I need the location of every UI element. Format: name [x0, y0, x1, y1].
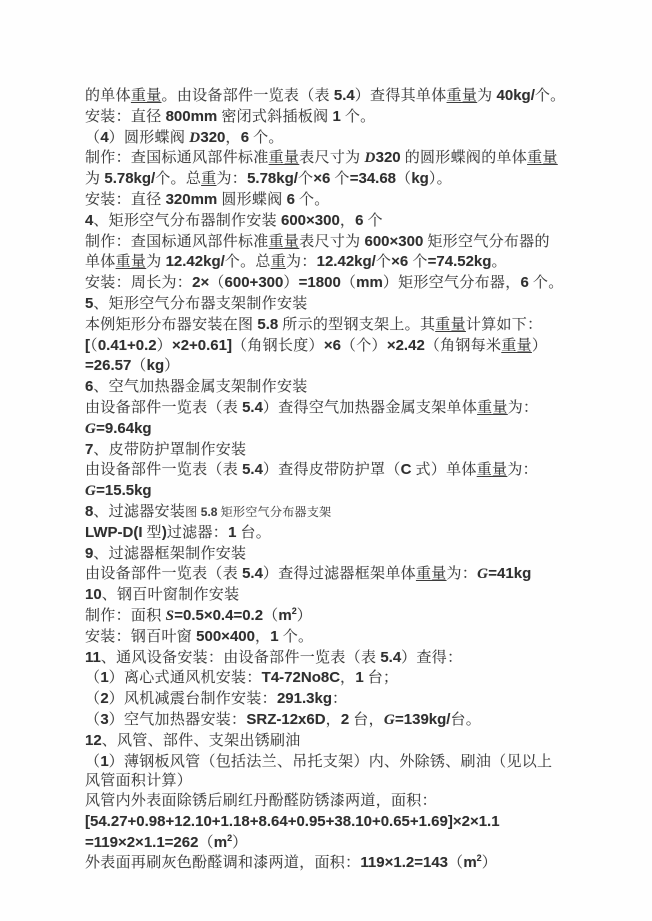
text-segment: 。 — [491, 254, 506, 270]
numeric-text: 5.4 — [242, 565, 263, 582]
numeric-text: 500×400 — [196, 628, 255, 645]
numeric-text: =41kg — [488, 565, 531, 582]
figure-caption-text: 图 — [185, 505, 201, 519]
numeric-text: 1 — [332, 108, 340, 125]
text-segment: 表尺寸为 — [299, 150, 364, 166]
text-segment: （ — [85, 691, 100, 707]
text-segment: 制作：查国标通风部件标准 — [85, 234, 269, 250]
text-segment: 安装：钢百叶窗 — [85, 629, 196, 645]
variable-symbol: G — [85, 421, 96, 437]
document-page: 的单体重量。由设备部件一览表（表 5.4）查得其单体重量为 40kg/个。安装：… — [0, 0, 652, 921]
text-segment: （ — [85, 130, 100, 146]
underlined-term: 重量 — [269, 150, 300, 166]
numeric-text: 4 — [100, 129, 108, 146]
text-segment: 个 — [363, 213, 382, 229]
paragraph-line: 为 5.78kg/个。总重为：5.78kg/个×6 个=34.68（kg）。 — [85, 169, 582, 190]
text-segment: ， — [340, 213, 355, 229]
text-segment: 由设备部件一览表（表 — [85, 462, 242, 478]
numeric-text: 5.4 — [242, 399, 263, 416]
text-segment: 安装：直径 — [85, 109, 166, 125]
text-segment: 为： — [507, 462, 538, 478]
text-segment: 为： — [508, 400, 539, 416]
text-segment: （ — [131, 358, 146, 374]
variable-symbol: D — [364, 150, 375, 166]
numeric-text: m — [278, 607, 291, 624]
paragraph-line: 单体重量为 12.42kg/个。总重为：12.42kg/个×6 个=74.52k… — [85, 252, 582, 273]
text-segment: ）。 — [429, 171, 452, 187]
text-segment: 为 — [477, 88, 496, 104]
paragraph-line: 安装：直径 320mm 圆形蝶阀 6 个。 — [85, 190, 582, 211]
text-segment: 表尺寸为 — [299, 234, 364, 250]
text-segment: ： — [332, 691, 347, 707]
text-segment: 制作：查国标通风部件标准 — [85, 150, 269, 166]
paragraph-line: 安装：直径 800mm 密闭式斜插板阀 1 个。 — [85, 107, 582, 128]
text-segment: ） — [283, 275, 298, 291]
text-segment: 、风管、部件、支架出锈刷油 — [102, 733, 301, 749]
text-segment: ）查得其单体 — [355, 88, 447, 104]
paragraph-line: 制作：面积 S=0.5×0.4=0.2（m2） — [85, 606, 582, 627]
numeric-text: 600+300 — [225, 274, 284, 291]
numeric-text: 11 — [85, 649, 101, 666]
text-segment: 台。 — [450, 712, 481, 728]
text-segment: 个 — [330, 171, 349, 187]
variable-symbol: D — [189, 130, 200, 146]
numeric-text: =15.5kg — [96, 482, 151, 499]
paragraph-line: 5、矩形空气分布器支架制作安装 — [85, 294, 582, 315]
text-segment: 个。 — [341, 109, 376, 125]
numeric-text: ×2.42 — [387, 337, 425, 354]
numeric-text: ×6 — [313, 170, 330, 187]
paragraph-line: 风管内外表面除锈后刷红丹酚醛防锈漆两道，面积： — [85, 792, 582, 812]
text-segment: 的圆形蝶阀的单体 — [401, 150, 527, 166]
numeric-text: mm — [356, 274, 383, 291]
text-segment: （ — [263, 608, 278, 624]
numeric-text: =74.52kg — [428, 253, 492, 270]
text-segment: （ — [85, 712, 100, 728]
paragraph-line: =119×2×1.1=262（m2） — [85, 833, 582, 854]
text-segment: （个） — [341, 338, 387, 354]
text-segment: ， — [255, 629, 270, 645]
text-segment: 、过滤器框架制作安装 — [93, 546, 246, 562]
text-segment: ） — [164, 358, 179, 374]
numeric-text: 600×300 — [364, 233, 423, 250]
numeric-text: 3 — [100, 711, 108, 728]
paragraph-line: 本例矩形分布器安装在图 5.8 所示的型钢支架上。其重量计算如下： — [85, 315, 582, 336]
numeric-text: 1 — [100, 669, 108, 686]
text-segment: 台， — [349, 712, 384, 728]
numeric-text: 12.42kg/ — [166, 253, 225, 270]
paragraph-line: 外表面再刷灰色酚醛调和漆两道，面积：119×1.2=143（m2） — [85, 853, 582, 874]
numeric-text: SRZ-12x6D — [246, 711, 325, 728]
text-segment: ）圆形蝶阀 — [109, 130, 190, 146]
underlined-term: 重量 — [447, 88, 478, 104]
paragraph-line: G=15.5kg — [85, 481, 582, 502]
paragraph-line: 的单体重量。由设备部件一览表（表 5.4）查得其单体重量为 40kg/个。 — [85, 86, 582, 107]
paragraph-line: 12、风管、部件、支架出锈刷油 — [85, 731, 582, 752]
paragraph-line: （2）风机减震台制作安装：291.3kg： — [85, 689, 582, 710]
text-segment: 为： — [286, 254, 317, 270]
text-segment: ）离心式通风机安装： — [109, 670, 262, 686]
text-segment: 矩形空气分布器的 — [423, 234, 549, 250]
text-segment: ） — [297, 608, 312, 624]
document-body: 的单体重量。由设备部件一览表（表 5.4）查得其单体重量为 40kg/个。安装：… — [85, 86, 582, 874]
numeric-text: LWP-D(I — [85, 524, 143, 541]
text-segment: 个。 — [279, 629, 314, 645]
paragraph-line: 制作：查国标通风部件标准重量表尺寸为 D320 的圆形蝶阀的单体重量 — [85, 148, 582, 169]
numeric-text: 1 — [270, 628, 278, 645]
text-segment: 的单体 — [85, 88, 131, 104]
numeric-text: ×2+0.61] — [172, 337, 232, 354]
figure-caption-text: 矩形空气分布器支架 — [217, 505, 331, 519]
numeric-text: 5.4 — [242, 461, 263, 478]
numeric-text: 5.4 — [334, 87, 355, 104]
text-segment: ）查得： — [401, 650, 462, 666]
numeric-text: T4-72No8C — [262, 669, 340, 686]
text-segment: 台。 — [236, 525, 271, 541]
numeric-text: m — [214, 834, 227, 851]
text-segment: （ — [396, 171, 411, 187]
paragraph-line: 7、皮带防护罩制作安装 — [85, 440, 582, 461]
paragraph-line: （3）空气加热器安装：SRZ-12x6D，2 台，G=139kg/台。 — [85, 710, 582, 731]
numeric-text: =0.5×0.4=0.2 — [174, 607, 263, 624]
numeric-text: 40kg/ — [497, 87, 535, 104]
underlined-term: 重量 — [435, 317, 466, 333]
paragraph-line: 11、通风设备安装：由设备部件一览表（表 5.4）查得： — [85, 648, 582, 669]
text-segment: ）查得空气加热器金属支架单体 — [263, 400, 477, 416]
text-segment: ， — [326, 712, 341, 728]
text-segment: 单体 — [85, 254, 116, 270]
text-segment: ）薄钢板风管（包括法兰、吊托支架）内、外除锈、刷油（见以上 — [109, 754, 553, 770]
numeric-text: 5.8 — [257, 316, 278, 333]
numeric-text: 6 — [521, 274, 529, 291]
paragraph-line: 由设备部件一览表（表 5.4）查得皮带防护罩（C 式）单体重量为： — [85, 460, 582, 481]
underlined-term: 重量 — [416, 566, 447, 582]
text-segment: 、过滤器安装 — [93, 504, 185, 520]
text-segment: ） — [157, 338, 172, 354]
text-segment: 由设备部件一览表（表 — [85, 400, 242, 416]
text-segment: （ — [209, 275, 224, 291]
numeric-text: 5.78kg/ — [104, 170, 155, 187]
numeric-text: 800mm — [166, 108, 218, 125]
numeric-text: =34.68 — [350, 170, 396, 187]
text-segment: 、钢百叶窗制作安装 — [102, 587, 240, 603]
text-segment: 个 — [298, 171, 313, 187]
paragraph-line: LWP-D(I 型)过滤器：1 台。 — [85, 523, 582, 544]
text-segment: 为： — [447, 566, 478, 582]
text-segment: 式）单体 — [411, 462, 476, 478]
numeric-text: 1 — [355, 669, 363, 686]
numeric-text: ×6 — [391, 253, 408, 270]
text-segment: 为 — [146, 254, 165, 270]
text-segment: 风管面积计算） — [85, 773, 192, 789]
text-segment: ） — [532, 338, 547, 354]
text-segment: 台； — [364, 670, 399, 686]
text-segment: 个。 — [295, 192, 330, 208]
text-segment: 由设备部件一览表（表 — [85, 566, 242, 582]
text-segment: ）查得过滤器框架单体 — [263, 566, 416, 582]
text-segment: 、空气加热器金属支架制作安装 — [93, 379, 307, 395]
text-segment: 本例矩形分布器安装在图 — [85, 317, 257, 333]
paragraph-line: 9、过滤器框架制作安装 — [85, 544, 582, 565]
numeric-text: 320 — [376, 149, 401, 166]
text-segment: 安装：直径 — [85, 192, 166, 208]
text-segment: 风管内外表面除锈后刷红丹酚醛防锈漆两道，面积： — [85, 793, 437, 809]
text-segment: ， — [225, 130, 240, 146]
text-segment: 所示的型钢支架上。其 — [278, 317, 435, 333]
numeric-text: 5.4 — [380, 649, 401, 666]
underlined-term: 重量 — [131, 88, 162, 104]
underlined-term: 重量 — [477, 462, 508, 478]
numeric-text: 2 — [341, 711, 349, 728]
text-segment: （ — [198, 835, 213, 851]
numeric-text: kg — [147, 357, 165, 374]
numeric-text: 6 — [241, 129, 249, 146]
numeric-text: 291.3kg — [277, 690, 332, 707]
paragraph-line: [54.27+0.98+12.10+1.18+8.64+0.95+38.10+0… — [85, 812, 582, 833]
underlined-term: 重量 — [269, 234, 300, 250]
text-segment: 个 — [408, 254, 427, 270]
underlined-term: 重 — [271, 254, 286, 270]
numeric-text: 600×300 — [281, 212, 340, 229]
variable-symbol: G — [477, 566, 488, 582]
text-segment: 密闭式斜插板阀 — [217, 109, 332, 125]
text-segment: ） — [482, 855, 497, 871]
numeric-text: 119×1.2=143 — [360, 854, 448, 871]
text-segment: 过滤器： — [167, 525, 228, 541]
text-segment: 个 — [376, 254, 391, 270]
numeric-text: kg — [411, 170, 429, 187]
numeric-text: C — [401, 461, 412, 478]
text-segment: （ — [90, 338, 98, 354]
paragraph-line: 由设备部件一览表（表 5.4）查得空气加热器金属支架单体重量为： — [85, 398, 582, 419]
paragraph-line: 8、过滤器安装图 5.8 矩形空气分布器支架 — [85, 502, 582, 523]
text-segment: ， — [340, 670, 355, 686]
numeric-text: 5.78kg/ — [247, 170, 298, 187]
variable-symbol: G — [85, 483, 96, 499]
numeric-text: 320 — [200, 129, 225, 146]
paragraph-line: （1）薄钢板风管（包括法兰、吊托支架）内、外除锈、刷油（见以上 — [85, 752, 582, 773]
text-segment: 圆形蝶阀 — [217, 192, 286, 208]
text-segment: （ — [341, 275, 356, 291]
numeric-text: m — [463, 854, 476, 871]
numeric-text: =9.64kg — [96, 420, 151, 437]
text-segment: ） — [232, 835, 247, 851]
numeric-text: 320mm — [166, 191, 218, 208]
figure-caption-text: 5.8 — [201, 505, 218, 519]
text-segment: 个。总 — [225, 254, 271, 270]
numeric-text: 1 — [100, 753, 108, 770]
paragraph-line: 4、矩形空气分布器制作安装 600×300，6 个 — [85, 211, 582, 232]
text-segment: 制作：面积 — [85, 608, 166, 624]
numeric-text: =1800 — [299, 274, 341, 291]
paragraph-line: 6、空气加热器金属支架制作安装 — [85, 377, 582, 398]
paragraph-line: 安装：钢百叶窗 500×400，1 个。 — [85, 627, 582, 648]
paragraph-line: （1）离心式通风机安装：T4-72No8C，1 台； — [85, 668, 582, 689]
text-segment: 、皮带防护罩制作安装 — [93, 442, 246, 458]
text-segment: （ — [85, 754, 100, 770]
text-segment: 个。 — [249, 130, 284, 146]
numeric-text: 2 — [100, 690, 108, 707]
text-segment: 。由设备部件一览表（表 — [162, 88, 334, 104]
text-segment: ）空气加热器安装： — [109, 712, 247, 728]
text-segment: 安装：周长为： — [85, 275, 192, 291]
paragraph-line: 由设备部件一览表（表 5.4）查得过滤器框架单体重量为：G=41kg — [85, 564, 582, 585]
numeric-text: [54.27+0.98+12.10+1.18+8.64+0.95+38.10+0… — [85, 813, 500, 830]
text-segment: ）风机减震台制作安装： — [109, 691, 277, 707]
paragraph-line: （4）圆形蝶阀 D320，6 个。 — [85, 128, 582, 149]
text-segment: 为： — [216, 171, 247, 187]
numeric-text: 12 — [85, 732, 102, 749]
underlined-term: 重量 — [527, 150, 558, 166]
text-segment: （角钢长度） — [232, 338, 324, 354]
underlined-term: 重 — [201, 171, 216, 187]
numeric-text: =26.57 — [85, 357, 131, 374]
text-segment: 、矩形空气分布器制作安装 — [93, 213, 281, 229]
paragraph-line: 制作：查国标通风部件标准重量表尺寸为 600×300 矩形空气分布器的 — [85, 232, 582, 253]
numeric-text: 6 — [287, 191, 295, 208]
numeric-text: =119×2×1.1=262 — [85, 834, 198, 851]
paragraph-line: 风管面积计算） — [85, 772, 582, 792]
underlined-term: 重量 — [477, 400, 508, 416]
text-segment: 计算如下： — [466, 317, 543, 333]
paragraph-line: G=9.64kg — [85, 419, 582, 440]
text-segment: 个。总 — [155, 171, 201, 187]
text-segment: 为 — [85, 171, 104, 187]
text-segment: 个。 — [529, 275, 564, 291]
numeric-text: 2× — [192, 274, 209, 291]
text-segment: （角钢每米 — [425, 338, 502, 354]
text-segment: 、通风设备安装：由设备部件一览表（表 — [101, 650, 380, 666]
text-segment: （ — [85, 670, 100, 686]
text-segment: ）矩形空气分布器， — [383, 275, 521, 291]
numeric-text: =139kg/ — [395, 711, 450, 728]
numeric-text: ×6 — [324, 337, 341, 354]
underlined-term: 重量 — [501, 338, 532, 354]
underlined-term: 重量 — [116, 254, 147, 270]
text-segment: ）查得皮带防护罩（ — [263, 462, 401, 478]
paragraph-line: =26.57（kg） — [85, 356, 582, 377]
numeric-text: 12.42kg/ — [317, 253, 376, 270]
paragraph-line: [（0.41+0.2）×2+0.61]（角钢长度）×6（个）×2.42（角钢每米… — [85, 336, 582, 357]
variable-symbol: S — [166, 608, 175, 624]
paragraph-line: 安装：周长为：2×（600+300）=1800（mm）矩形空气分布器，6 个。 — [85, 273, 582, 294]
text-segment: 型 — [143, 525, 162, 541]
text-segment: （ — [448, 855, 463, 871]
numeric-text: 10 — [85, 586, 102, 603]
numeric-text: 0.41+0.2 — [98, 337, 157, 354]
variable-symbol: G — [384, 712, 395, 728]
paragraph-line: 10、钢百叶窗制作安装 — [85, 585, 582, 606]
text-segment: 外表面再刷灰色酚醛调和漆两道，面积： — [85, 855, 360, 871]
text-segment: 个。 — [535, 88, 566, 104]
text-segment: 、矩形空气分布器支架制作安装 — [93, 296, 307, 312]
